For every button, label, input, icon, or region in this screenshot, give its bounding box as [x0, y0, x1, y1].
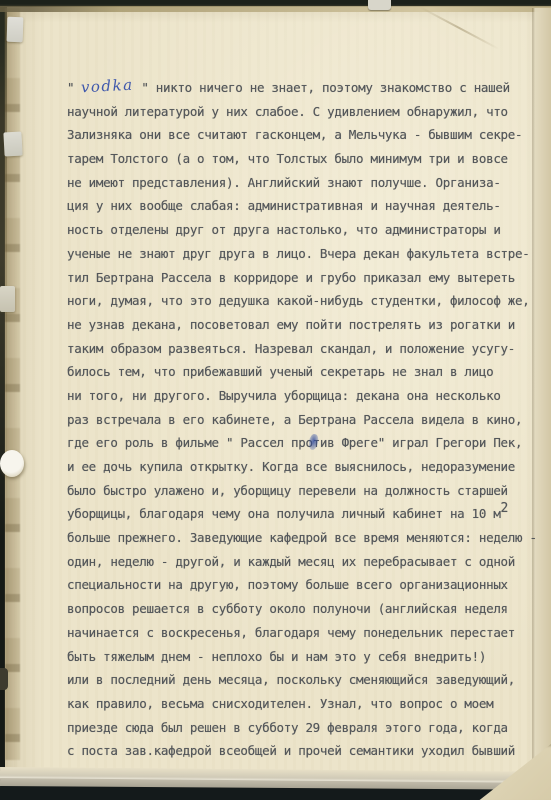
text-line-5: не имеют представления). Английский знаю… [67, 171, 545, 195]
text-line-14: ни того, ни другого. Выручила уборщица: … [67, 384, 545, 408]
text-line-18: было быстро улажено и, уборщицу перевели… [67, 479, 545, 503]
text-line-6: ция у них вообще слабая: административна… [67, 194, 545, 218]
text-line-3: Зализняка они все считают гасконцем, а М… [67, 123, 545, 147]
text-line-29: с поста зав.кафедрой всеобщей и прочей с… [67, 739, 545, 763]
text-line-19: уборщицы, благодаря чему она получила ли… [67, 502, 545, 526]
text-line-2: научной литературой у них слабое. С удив… [67, 100, 545, 124]
spine-notch [0, 668, 8, 690]
close-quote: " [134, 80, 156, 95]
text-line-21: один, неделю - другой, и каждый месяц их… [67, 550, 545, 574]
text-line-22: специальности на другую, поэтому больше … [67, 573, 545, 597]
text-line-13: билось тем, что прибежавший ученый секре… [67, 360, 545, 384]
text-line-16: где его роль в фильме " Рассел против Фр… [67, 431, 545, 455]
tape-tab [3, 132, 22, 157]
tape-tab [0, 286, 15, 312]
text-line-24: начинается с воскресенья, благодаря чему… [67, 621, 545, 645]
text-line-12: таким образом развеяться. Назревал сканд… [67, 337, 545, 361]
line-text: уборщицы, благодаря чему она получила ли… [67, 506, 501, 521]
text-line-7: ность отделены друг от друга настолько, … [67, 218, 545, 242]
text-line-25: быть тяжелым днем - неплохо бы и нам это… [67, 645, 545, 669]
text-line-10: ноги, думая, что это дедушка какой-нибуд… [67, 289, 545, 313]
text-line-27: как правило, весьма снисходителен. Узнал… [67, 692, 545, 716]
text-line-9: тил Бертрана Рассела в корридоре и грубо… [67, 266, 545, 290]
scanned-document: { "document": { "kind": "typewritten-let… [0, 0, 551, 800]
handwritten-word: vodka [81, 74, 135, 100]
tape-tab [7, 17, 24, 43]
top-page-edge [0, 6, 551, 12]
top-paper-tab [368, 0, 391, 10]
text-line-1: " vodka " никто ничего не знает, поэтому… [67, 76, 545, 100]
text-line-28: приезде сюда был решен в субботу 29 февр… [67, 716, 545, 740]
text-line-26: или в последний день месяца, поскольку с… [67, 668, 545, 692]
typewritten-text: " vodka " никто ничего не знает, поэтому… [67, 76, 545, 763]
text-line-20: больше прежнего. Заведующие кафедрой все… [67, 526, 545, 550]
text-line-4: тарем Толстого (а о том, что Толстых был… [67, 147, 545, 171]
superscript-2: 2 [501, 501, 509, 516]
text-line-23: вопросов решается в субботу около полуно… [67, 597, 545, 621]
line-text: никто ничего не знает, поэтому знакомств… [156, 80, 510, 95]
open-quote: " [67, 80, 81, 95]
text-line-17: и ее дочь купила открытку. Когда все выя… [67, 455, 545, 479]
text-line-15: раз встречала в его кабинете, а Бертрана… [67, 408, 545, 432]
hole-reinforcement-dot [0, 450, 24, 477]
binding-crease [5, 8, 20, 760]
text-line-11: не узнав декана, посоветовал ему пойти п… [67, 313, 545, 337]
text-line-8: ученые не знают друг друга в лицо. Вчера… [67, 242, 545, 266]
